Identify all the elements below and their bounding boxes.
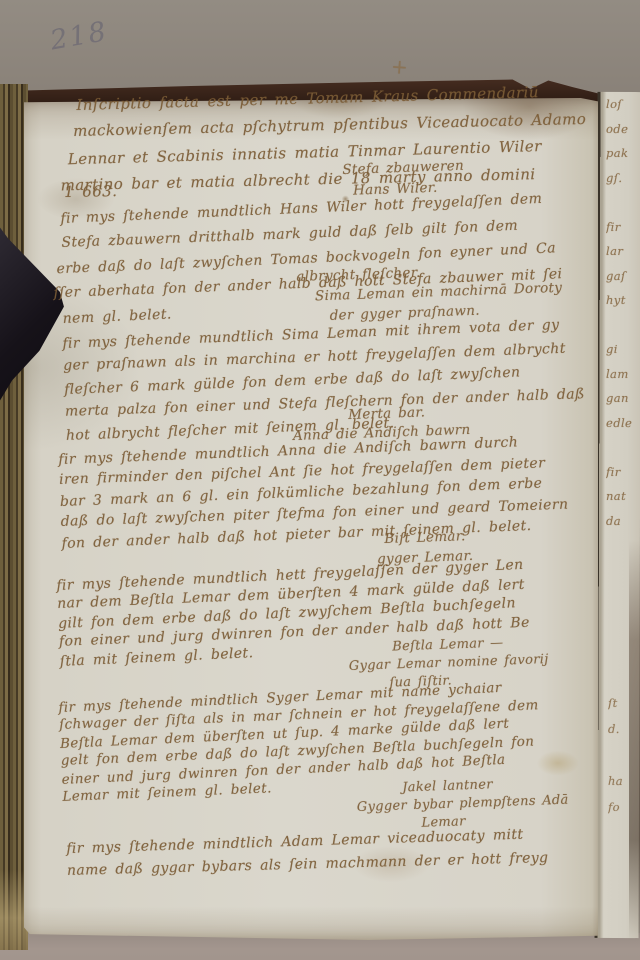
facing-page-text-fragments: loſodepakgſ. firlargaſhyt gilamganedle f… [606, 92, 638, 533]
manuscript-photo: { "photo": { "page_number": "218", "cros… [0, 0, 640, 960]
facing-page-text-fragments-lower: ſtd. hafo [608, 690, 638, 820]
entry-4-paragraph: fir mys ſtehende mundtlich Anna die Andi… [58, 431, 570, 555]
cross-mark: + [390, 54, 408, 79]
book-binding-left [0, 84, 28, 950]
entry-1-latin-intro: Inſcriptio facta est per me Tomam Kraus … [76, 78, 588, 200]
entry-1-year: 1 663. [64, 179, 118, 204]
